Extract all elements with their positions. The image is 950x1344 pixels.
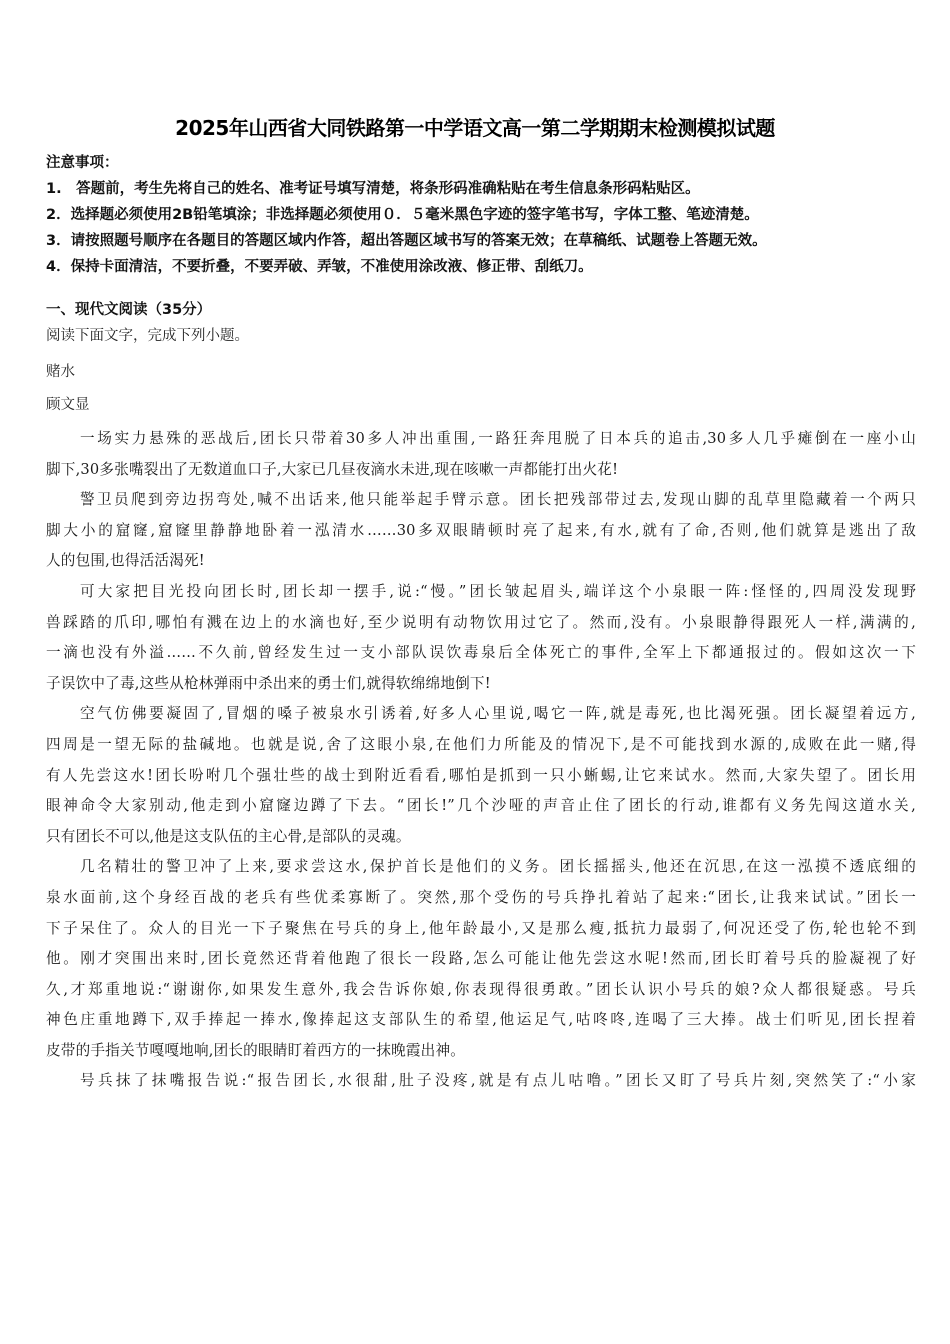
text-line: 有人先尝这水!团长吩咐几个强壮些的战士到附近看看,哪怕是抓到一只小蜥蜴,让它来试… <box>46 761 916 792</box>
paragraph: 空气仿佛要凝固了,冒烟的嗓子被泉水引诱着,好多人心里说,喝它一阵,就是毒死,也比… <box>46 699 916 852</box>
notice-item: 2．选择题必须使用2B铅笔填涂；非选择题必须使用０．５毫米黑色字迹的签字笔书写，… <box>46 202 926 228</box>
section-instruction: 阅读下面文字，完成下列小题。 <box>46 324 249 345</box>
article-author: 顾文显 <box>46 393 90 414</box>
text-line: 脚下,30多张嘴裂出了无数道血口子,大家已几昼夜滴水未进,现在咳嗽一声都能打出火… <box>46 455 916 486</box>
exam-page: 2025年山西省大同铁路第一中学语文高一第二学期期末检测模拟试题 注意事项： 1… <box>0 0 950 1344</box>
notice-heading: 注意事项： <box>46 150 926 176</box>
notice-item: 1. 答题前，考生先将自己的姓名、准考证号填写清楚，将条形码准确粘贴在考生信息条… <box>46 176 926 202</box>
text-line: 号兵抹了抹嘴报告说:“报告团长,水很甜,肚子没疼,就是有点儿咕噜。”团长又盯了号… <box>46 1066 916 1097</box>
section-heading: 一、现代文阅读（35分） <box>46 298 211 319</box>
paragraph: 一场实力悬殊的恶战后,团长只带着30多人冲出重围,一路狂奔甩脱了日本兵的追击,3… <box>46 424 916 485</box>
article-body: 一场实力悬殊的恶战后,团长只带着30多人冲出重围,一路狂奔甩脱了日本兵的追击,3… <box>46 424 916 1097</box>
article-title: 赌水 <box>46 360 75 381</box>
paragraph: 几名精壮的警卫冲了上来,要求尝这水,保护首长是他们的义务。团长摇摇头,他还在沉思… <box>46 852 916 1066</box>
text-line: 下子呆住了。众人的目光一下子聚焦在号兵的身上,他年龄最小,又是那么瘦,抵抗力最弱… <box>46 914 916 945</box>
text-line: 脚大小的窟窿,窟窿里静静地卧着一泓清水……30多双眼睛顿时亮了起来,有水,就有了… <box>46 516 916 547</box>
text-line: 皮带的手指关节嘎嘎地响,团长的眼睛盯着西方的一抹晚霞出神。 <box>46 1036 916 1067</box>
notice-item: 3．请按照题号顺序在各题目的答题区域内作答，超出答题区域书写的答案无效；在草稿纸… <box>46 228 926 254</box>
text-line: 人的包围,也得活活渴死! <box>46 546 916 577</box>
text-line: 他。刚才突围出来时,团长竟然还背着他跑了很长一段路,怎么可能让他先尝这水呢!然而… <box>46 944 916 975</box>
text-line: 泉水面前,这个身经百战的老兵有些优柔寡断了。突然,那个受伤的号兵挣扎着站了起来:… <box>46 883 916 914</box>
text-line: 子误饮中了毒,这些从枪林弹雨中杀出来的勇士们,就得软绵绵地倒下! <box>46 669 916 700</box>
document-title: 2025年山西省大同铁路第一中学语文高一第二学期期末检测模拟试题 <box>0 112 950 141</box>
text-line: 神色庄重地蹲下,双手捧起一捧水,像捧起这支部队生的希望,他运足气,咕咚咚,连喝了… <box>46 1005 916 1036</box>
text-line: 几名精壮的警卫冲了上来,要求尝这水,保护首长是他们的义务。团长摇摇头,他还在沉思… <box>46 852 916 883</box>
paragraph: 警卫员爬到旁边拐弯处,喊不出话来,他只能举起手臂示意。团长把残部带过去,发现山脚… <box>46 485 916 577</box>
paragraph: 可大家把目光投向团长时,团长却一摆手,说:“慢。”团长皱起眉头,端详这个小泉眼一… <box>46 577 916 699</box>
text-line: 可大家把目光投向团长时,团长却一摆手,说:“慢。”团长皱起眉头,端详这个小泉眼一… <box>46 577 916 608</box>
notice-block: 注意事项： 1. 答题前，考生先将自己的姓名、准考证号填写清楚，将条形码准确粘贴… <box>46 150 926 280</box>
text-line: 眼神命令大家别动,他走到小窟窿边蹲了下去。“团长!”几个沙哑的声音止住了团长的行… <box>46 791 916 822</box>
paragraph: 号兵抹了抹嘴报告说:“报告团长,水很甜,肚子没疼,就是有点儿咕噜。”团长又盯了号… <box>46 1066 916 1097</box>
text-line: 四周是一望无际的盐碱地。也就是说,舍了这眼小泉,在他们力所能及的情况下,是不可能… <box>46 730 916 761</box>
text-line: 警卫员爬到旁边拐弯处,喊不出话来,他只能举起手臂示意。团长把残部带过去,发现山脚… <box>46 485 916 516</box>
text-line: 一滴也没有外溢……不久前,曾经发生过一支小部队误饮毒泉后全体死亡的事件,全军上下… <box>46 638 916 669</box>
text-line: 久,才郑重地说:“谢谢你,如果发生意外,我会告诉你娘,你表现得很勇敢。”团长认识… <box>46 975 916 1006</box>
text-line: 只有团长不可以,他是这支队伍的主心骨,是部队的灵魂。 <box>46 822 916 853</box>
notice-item: 4．保持卡面清洁，不要折叠，不要弄破、弄皱，不准使用涂改液、修正带、刮纸刀。 <box>46 254 926 280</box>
text-line: 兽踩踏的爪印,哪怕有溅在边上的水滴也好,至少说明有动物饮用过它了。然而,没有。小… <box>46 608 916 639</box>
text-line: 空气仿佛要凝固了,冒烟的嗓子被泉水引诱着,好多人心里说,喝它一阵,就是毒死,也比… <box>46 699 916 730</box>
text-line: 一场实力悬殊的恶战后,团长只带着30多人冲出重围,一路狂奔甩脱了日本兵的追击,3… <box>46 424 916 455</box>
